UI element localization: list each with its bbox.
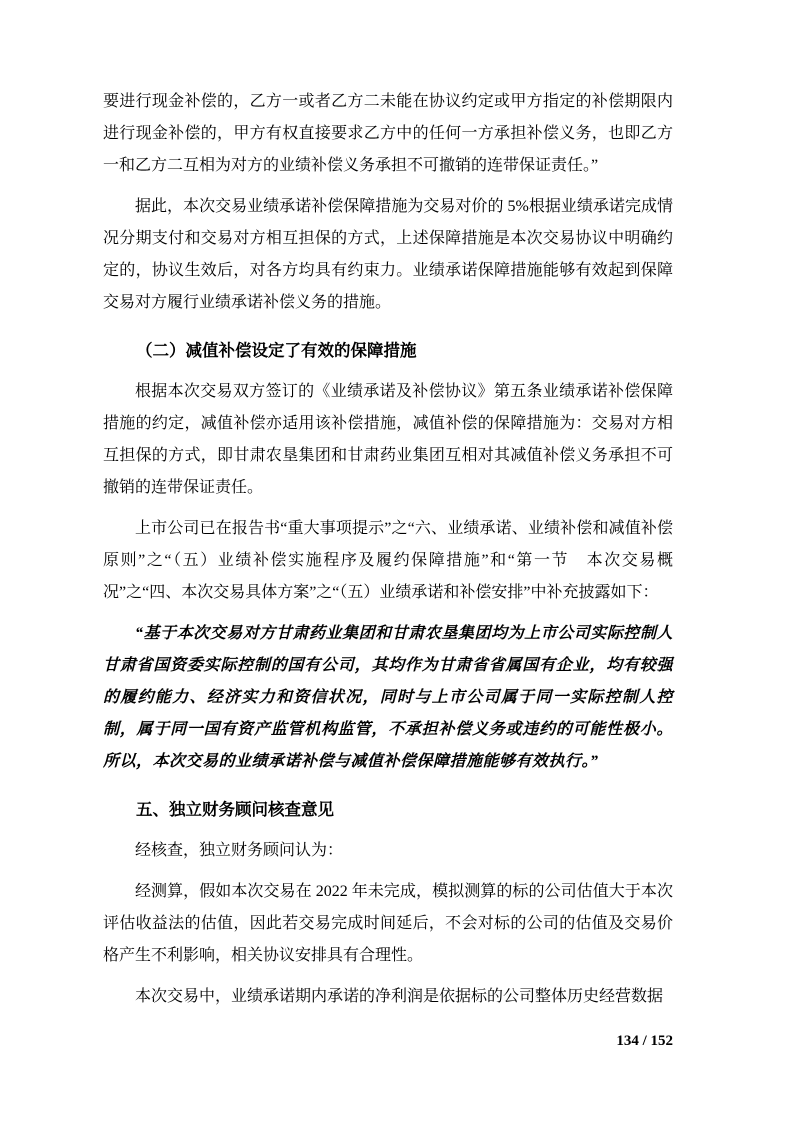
body-paragraph: 上市公司已在报告书“重大事项提示”之“六、业绩承诺、业绩补偿和减值补偿原则”之“…	[103, 513, 673, 609]
document-body: 要进行现金补偿的，乙方一或者乙方二未能在协议约定或甲方指定的补偿期限内进行现金补…	[103, 86, 673, 1013]
body-paragraph: 经测算，假如本次交易在 2022 年未完成，模拟测算的标的公司估值大于本次评估收…	[103, 876, 673, 972]
page-number: 134 / 152	[103, 1031, 673, 1051]
body-paragraph-continuation: 要进行现金补偿的，乙方一或者乙方二未能在协议约定或甲方指定的补偿期限内进行现金补…	[103, 86, 673, 182]
document-page: 要进行现金补偿的，乙方一或者乙方二未能在协议约定或甲方指定的补偿期限内进行现金补…	[0, 0, 793, 1122]
section-heading-damage-compensation: （二）减值补偿设定了有效的保障措施	[103, 335, 673, 367]
body-paragraph: 经核查，独立财务顾问认为：	[103, 835, 673, 867]
quote-paragraph: “基于本次交易对方甘肃药业集团和甘肃农垦集团均为上市公司实际控制人甘肃省国资委实…	[103, 618, 673, 778]
body-paragraph: 据此，本次交易业绩承诺补偿保障措施为交易对价的 5%根据业绩承诺完成情况分期支付…	[103, 191, 673, 319]
section-heading-advisor-opinion: 五、独立财务顾问核查意见	[103, 794, 673, 826]
body-paragraph: 根据本次交易双方签订的《业绩承诺及补偿协议》第五条业绩承诺补偿保障措施的约定，减…	[103, 376, 673, 504]
body-paragraph: 本次交易中，业绩承诺期内承诺的净利润是依据标的公司整体历史经营数据	[103, 981, 673, 1013]
